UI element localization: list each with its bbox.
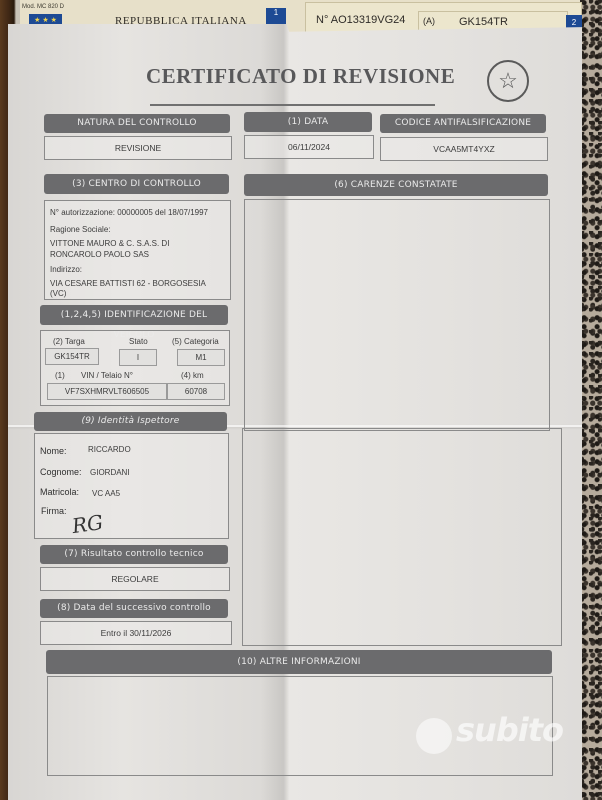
plate-field-value: GK154TR (459, 16, 508, 28)
risultato-box: REGOLARE (40, 567, 230, 591)
inspector-signature: RG (70, 510, 104, 538)
ispettore-box: Nome: RICCARDO Cognome: GIORDANI Matrico… (34, 433, 229, 539)
natura-value: REVISIONE (45, 143, 231, 153)
nome-label: Nome: (40, 446, 67, 456)
registration-number: N° AO13319VG24 (316, 14, 405, 26)
subito-logo-icon (416, 718, 452, 754)
categoria-label: (5) Categoria (172, 337, 219, 346)
veicolo-header: (1,2,4,5) IDENTIFICAZIONE DEL VEICOLO (40, 305, 228, 325)
codice-header: CODICE ANTIFALSIFICAZIONE (380, 114, 546, 133)
indirizzo-line2: (VC) (50, 288, 66, 299)
nome-value: RICCARDO (88, 445, 131, 454)
centro-box: N° autorizzazione: 00000005 del 18/07/19… (44, 200, 231, 300)
successivo-value: Entro il 30/11/2026 (41, 628, 231, 638)
subito-watermark: subito (456, 711, 563, 749)
km-label: (4) km (181, 371, 204, 380)
matricola-value: VC AA5 (92, 489, 120, 498)
targa-label: (2) Targa (53, 337, 85, 346)
certificate-title: CERTIFICATO DI REVISIONE (146, 64, 455, 89)
targa-value: GK154TR (45, 348, 99, 365)
vin-value: VF7SXHMRVLT606505 (47, 383, 167, 400)
model-code: Mod. MC 820 D (22, 4, 64, 10)
codice-box: VCAA5MT4YXZ (380, 137, 548, 161)
successivo-box: Entro il 30/11/2026 (40, 621, 232, 645)
veicolo-box: (2) Targa Stato (5) Categoria GK154TR I … (40, 330, 230, 406)
ragione-sociale-line1: VITTONE MAURO & C. S.A.S. DI (50, 238, 169, 249)
carenze-box (244, 199, 550, 431)
km-value: 60708 (167, 383, 225, 400)
categoria-value: M1 (177, 349, 225, 366)
cognome-label: Cognome: (40, 467, 82, 477)
ispettore-header: (9) Identità Ispettore (34, 412, 227, 431)
cognome-value: GIORDANI (90, 468, 130, 477)
stato-label: Stato (129, 337, 148, 346)
carenze-box-lower (242, 428, 562, 646)
data-header: (1) DATA (244, 112, 372, 132)
plate-field-label: (A) (423, 16, 435, 26)
italian-emblem-icon: ☆ (487, 60, 529, 102)
firma-label: Firma: (41, 506, 67, 516)
codice-value: VCAA5MT4YXZ (381, 144, 547, 154)
vin-label: VIN / Telaio N° (81, 371, 133, 380)
carenze-header: (6) CARENZE CONSTATATE (244, 174, 548, 196)
risultato-value: REGOLARE (41, 574, 229, 584)
natura-header: NATURA DEL CONTROLLO (44, 114, 230, 133)
matricola-label: Matricola: (40, 487, 79, 497)
altre-header: (10) ALTRE INFORMAZIONI (46, 650, 552, 674)
risultato-header: (7) Risultato controllo tecnico (40, 545, 228, 564)
natura-box: REVISIONE (44, 136, 232, 160)
centro-header: (3) CENTRO DI CONTROLLO (44, 174, 229, 194)
data-box: 06/11/2024 (244, 135, 374, 159)
ragione-sociale-line2: RONCAROLO PAOLO SAS (50, 249, 149, 260)
successivo-header: (8) Data del successivo controllo (40, 599, 228, 618)
indirizzo-label: Indirizzo: (50, 264, 82, 275)
autorizzazione-text: N° autorizzazione: 00000005 del 18/07/19… (50, 207, 208, 218)
ragione-sociale-label: Ragione Sociale: (50, 224, 110, 235)
vin-label-number: (1) (55, 371, 65, 380)
data-value: 06/11/2024 (245, 142, 373, 152)
indirizzo-line1: VIA CESARE BATTISTI 62 - BORGOSESIA (50, 278, 206, 289)
title-underline (150, 104, 435, 106)
stato-value: I (119, 349, 157, 366)
